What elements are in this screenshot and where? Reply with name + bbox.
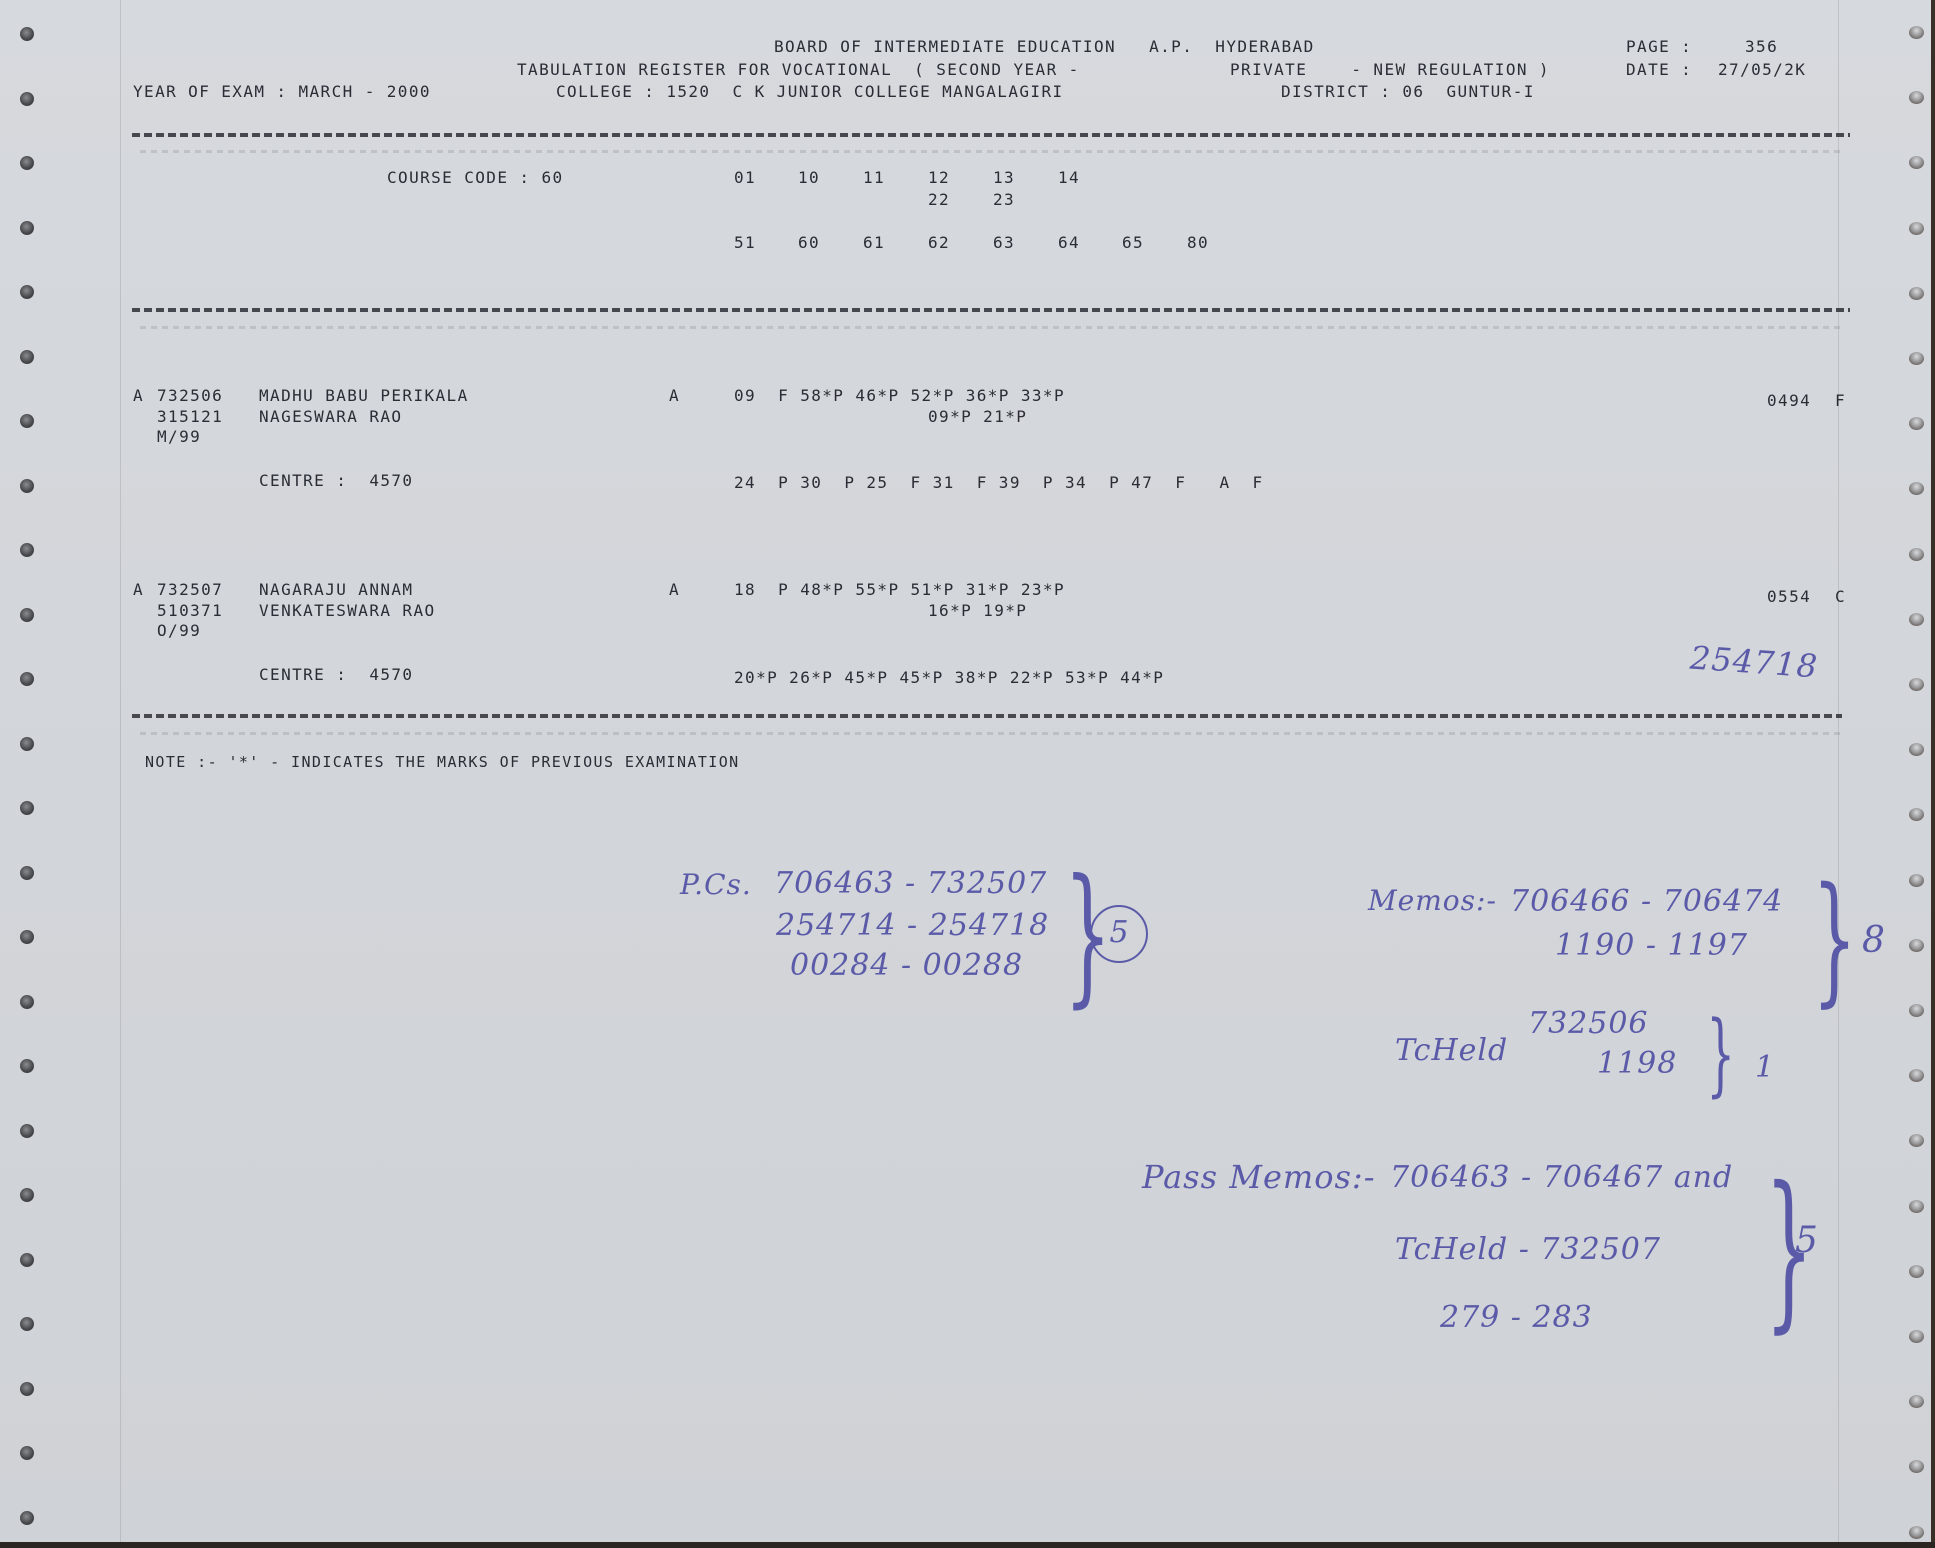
sprocket-hole-icon bbox=[20, 672, 34, 686]
previous-session: O/99 bbox=[157, 621, 201, 641]
marks-row2: 24 P 30 P 25 F 31 F 39 P 34 P 47 F A F bbox=[734, 473, 1264, 493]
page-label: PAGE : bbox=[1626, 37, 1692, 57]
sprocket-hole-icon bbox=[1909, 1004, 1924, 1017]
college-info: COLLEGE : 1520 C K JUNIOR COLLEGE MANGAL… bbox=[556, 82, 1064, 102]
student-name: MADHU BABU PERIKALA bbox=[259, 386, 469, 406]
father-name: VENKATESWARA RAO bbox=[259, 601, 436, 621]
sprocket-hole-icon bbox=[20, 1059, 34, 1073]
sprocket-hole-icon bbox=[1909, 939, 1924, 952]
paper-edge-bottom bbox=[0, 1542, 1935, 1548]
pass-memos-line: 279 - 283 bbox=[1440, 1300, 1593, 1335]
centre-code: CENTRE : 4570 bbox=[259, 471, 413, 491]
previous-session: M/99 bbox=[157, 427, 201, 447]
tcheld-label: TcHeld bbox=[1395, 1033, 1508, 1068]
year-of-exam: YEAR OF EXAM : MARCH - 2000 bbox=[133, 82, 431, 102]
pcs-line: 00284 - 00288 bbox=[790, 948, 1023, 983]
subject-code: 64 bbox=[1058, 233, 1080, 253]
subject-code: 13 bbox=[993, 168, 1015, 188]
subject-code: 61 bbox=[863, 233, 885, 253]
sprocket-hole-icon bbox=[1909, 222, 1924, 235]
sprocket-hole-icon bbox=[1909, 1395, 1924, 1408]
perforation-line-right bbox=[1838, 0, 1839, 1548]
sprocket-hole-icon bbox=[1909, 808, 1924, 821]
sprocket-hole-icon bbox=[20, 1382, 34, 1396]
course-code-label: COURSE CODE : 60 bbox=[387, 168, 564, 188]
memos-line: 706466 - 706474 bbox=[1510, 884, 1783, 919]
pcs-line: 254714 - 254718 bbox=[776, 908, 1049, 943]
subject-code: 12 bbox=[928, 168, 950, 188]
registration-number: 315121 bbox=[157, 407, 223, 427]
subject-code: 23 bbox=[993, 190, 1015, 210]
sprocket-hole-icon bbox=[20, 930, 34, 944]
register-category: PRIVATE - NEW REGULATION ) bbox=[1230, 60, 1550, 80]
bleed-through-line bbox=[140, 150, 1840, 153]
sprocket-hole-icon bbox=[20, 866, 34, 880]
pass-memos-count: 5 bbox=[1795, 1220, 1819, 1261]
sprocket-hole-icon bbox=[1909, 417, 1924, 430]
sprocket-hole-icon bbox=[20, 801, 34, 815]
sprocket-hole-icon bbox=[20, 414, 34, 428]
pcs-line: 706463 - 732507 bbox=[774, 866, 1047, 901]
medium: A bbox=[669, 386, 680, 406]
sprocket-hole-icon bbox=[20, 1317, 34, 1331]
memos-label: Memos:- bbox=[1368, 884, 1497, 917]
subject-code: 01 bbox=[734, 168, 756, 188]
result-code: C bbox=[1835, 587, 1846, 607]
student-name: NAGARAJU ANNAM bbox=[259, 580, 413, 600]
sprocket-hole-icon bbox=[1909, 548, 1924, 561]
separator-line bbox=[132, 133, 1850, 137]
record-prefix: A bbox=[133, 580, 144, 600]
sprocket-hole-icon bbox=[20, 1446, 34, 1460]
marks-row1: 09 F 58*P 46*P 52*P 36*P 33*P bbox=[734, 386, 1065, 406]
brace-icon: } bbox=[1812, 870, 1857, 1010]
subject-code: 22 bbox=[928, 190, 950, 210]
sprocket-hole-icon bbox=[20, 1124, 34, 1138]
marks-row1b: 09*P 21*P bbox=[928, 407, 1027, 427]
sprocket-hole-icon bbox=[20, 156, 34, 170]
centre-code: CENTRE : 4570 bbox=[259, 665, 413, 685]
district-info: DISTRICT : 06 GUNTUR-I bbox=[1281, 82, 1535, 102]
sprocket-hole-icon bbox=[20, 92, 34, 106]
tcheld-count: 1 bbox=[1755, 1050, 1775, 1085]
memos-count: 8 bbox=[1862, 920, 1886, 961]
subject-code: 14 bbox=[1058, 168, 1080, 188]
subject-code: 51 bbox=[734, 233, 756, 253]
sprocket-hole-icon bbox=[20, 350, 34, 364]
subject-code: 60 bbox=[798, 233, 820, 253]
pass-memos-line: 706463 - 706467 and bbox=[1390, 1160, 1733, 1195]
hall-ticket-number: 732507 bbox=[157, 580, 223, 600]
memos-line: 1190 - 1197 bbox=[1555, 928, 1748, 963]
sprocket-hole-icon bbox=[1909, 874, 1924, 887]
sprocket-hole-icon bbox=[1909, 743, 1924, 756]
bleed-through-line bbox=[140, 326, 1840, 329]
sprocket-hole-icon bbox=[1909, 1265, 1924, 1278]
sprocket-hole-icon bbox=[20, 995, 34, 1009]
subject-code: 63 bbox=[993, 233, 1015, 253]
pass-memos-label: Pass Memos:- bbox=[1142, 1158, 1376, 1196]
pcs-label: P.Cs. bbox=[680, 868, 752, 901]
sprocket-hole-icon bbox=[20, 543, 34, 557]
pass-memos-line: TcHeld - 732507 bbox=[1395, 1232, 1661, 1267]
subject-code: 10 bbox=[798, 168, 820, 188]
marks-row1: 18 P 48*P 55*P 51*P 31*P 23*P bbox=[734, 580, 1065, 600]
board-title: BOARD OF INTERMEDIATE EDUCATION A.P. HYD… bbox=[774, 37, 1315, 57]
sprocket-hole-icon bbox=[20, 285, 34, 299]
tcheld-line: 732506 bbox=[1528, 1006, 1649, 1041]
total-marks: 0554 bbox=[1767, 587, 1811, 607]
sprocket-hole-icon bbox=[20, 608, 34, 622]
subject-code: 65 bbox=[1122, 233, 1144, 253]
sprocket-hole-icon bbox=[20, 479, 34, 493]
date-label: DATE : bbox=[1626, 60, 1692, 80]
sprocket-hole-icon bbox=[1909, 1460, 1924, 1473]
bleed-through-line bbox=[140, 732, 1840, 735]
sprocket-hole-icon bbox=[1909, 1330, 1924, 1343]
sprocket-hole-icon bbox=[1909, 1200, 1924, 1213]
separator-line bbox=[132, 714, 1842, 718]
sprocket-hole-icon bbox=[1909, 287, 1924, 300]
sprocket-hole-icon bbox=[20, 27, 34, 41]
page-number: 356 bbox=[1745, 37, 1778, 57]
medium: A bbox=[669, 580, 680, 600]
sprocket-hole-icon bbox=[1909, 91, 1924, 104]
footnote: NOTE :- '*' - INDICATES THE MARKS OF PRE… bbox=[145, 752, 740, 772]
marks-row1b: 16*P 19*P bbox=[928, 601, 1027, 621]
registration-number: 510371 bbox=[157, 601, 223, 621]
paper-edge-right bbox=[1931, 0, 1935, 1548]
pcs-count: 5 bbox=[1090, 905, 1148, 963]
subject-code: 62 bbox=[928, 233, 950, 253]
father-name: NAGESWARA RAO bbox=[259, 407, 402, 427]
sprocket-hole-icon bbox=[1909, 156, 1924, 169]
sprocket-hole-icon bbox=[20, 1253, 34, 1267]
sprocket-hole-icon bbox=[20, 737, 34, 751]
sprocket-hole-icon bbox=[1909, 613, 1924, 626]
sprocket-hole-icon bbox=[20, 1188, 34, 1202]
sprocket-hole-icon bbox=[1909, 482, 1924, 495]
sprocket-hole-icon bbox=[1909, 1069, 1924, 1082]
result-code: F bbox=[1835, 391, 1846, 411]
sprocket-hole-icon bbox=[20, 1511, 34, 1525]
subject-code: 80 bbox=[1187, 233, 1209, 253]
sprocket-hole-icon bbox=[1909, 352, 1924, 365]
separator-line bbox=[132, 308, 1850, 312]
sprocket-hole-icon bbox=[1909, 26, 1924, 39]
sprocket-hole-icon bbox=[1909, 1526, 1924, 1539]
marks-row2: 20*P 26*P 45*P 45*P 38*P 22*P 53*P 44*P bbox=[734, 668, 1164, 688]
subject-code: 11 bbox=[863, 168, 885, 188]
tabulation-register-sheet bbox=[0, 0, 1935, 1548]
sprocket-hole-icon bbox=[20, 221, 34, 235]
sprocket-hole-icon bbox=[1909, 1134, 1924, 1147]
hall-ticket-number: 732506 bbox=[157, 386, 223, 406]
perforation-line-left bbox=[120, 0, 121, 1548]
record-prefix: A bbox=[133, 386, 144, 406]
total-marks: 0494 bbox=[1767, 391, 1811, 411]
sprocket-hole-icon bbox=[1909, 678, 1924, 691]
register-title: TABULATION REGISTER FOR VOCATIONAL ( SEC… bbox=[517, 60, 1080, 80]
tcheld-line: 1198 bbox=[1597, 1046, 1677, 1081]
brace-icon: } bbox=[1706, 1010, 1735, 1100]
print-date: 27/05/2K bbox=[1718, 60, 1806, 80]
